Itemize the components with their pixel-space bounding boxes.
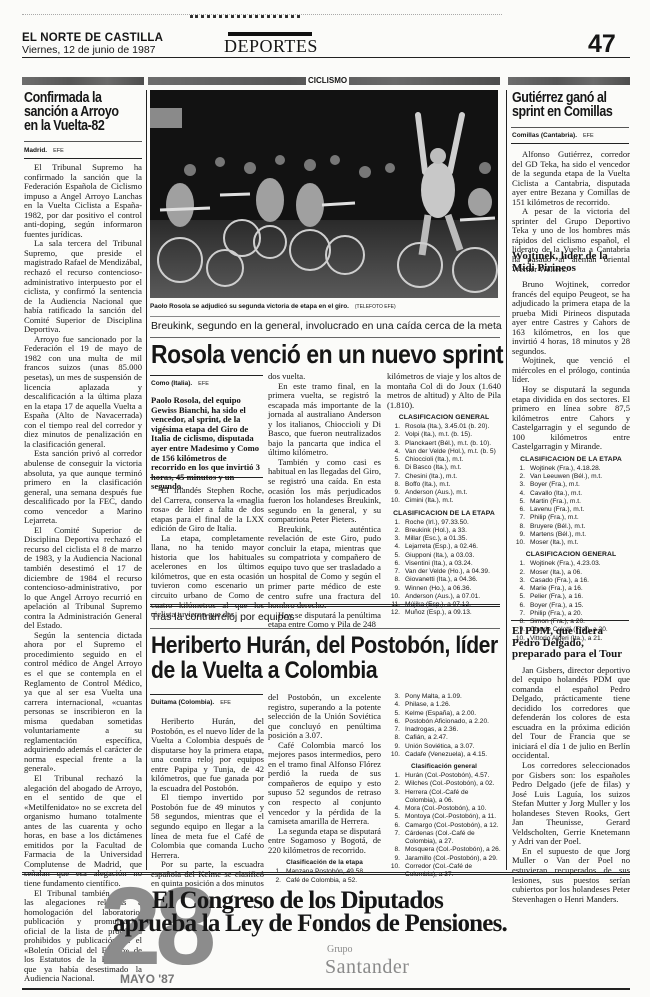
rank-entry: Giupponi (Ita.), a 03.03. [405, 552, 474, 560]
photo-credit: (TELEFOTO EFE) [355, 304, 396, 310]
rank-entry: Corredor (Col.-Café de Colombia), a 37. [405, 863, 501, 880]
ranking-row: 2.Volpi (Ita.), m.t. (b. 15). [387, 431, 501, 439]
rank-number: 1. [387, 519, 400, 527]
dateline-place: Como (Italia). [151, 380, 192, 387]
paragraph: Alfonso Gutiérrez, corredor del GD Teka,… [512, 150, 630, 207]
rank-number: 8. [387, 576, 400, 584]
ranking-row: 8.Cafián, a 2.47. [387, 734, 501, 742]
rank-number: 4. [387, 448, 400, 456]
ranking-row: 8.Giovanetti (Ita.), a 04.36. [387, 576, 501, 584]
rank-number: 5. [512, 498, 525, 506]
arroyo-body: El Tribunal Supremo ha confirmado la san… [24, 163, 142, 984]
rank-number: 2. [387, 527, 400, 535]
ranking-row: 6.Visentini (Ita.), a 03.24. [387, 560, 501, 568]
paragraph: El irlandés Stephen Roche, del Carrera, … [151, 486, 264, 534]
rank-entry: Montoya (Col.-Postobón), a 11. [405, 813, 496, 821]
ranking-row: 1.Roche (Irl.), 97.33.50. [387, 519, 501, 527]
rank-entry: Van der Velde (Ho.), a 04.39. [405, 568, 490, 576]
rank-number: 10. [387, 593, 400, 601]
rule [511, 143, 629, 144]
rule [511, 127, 629, 128]
arroyo-dateline: Madrid.EFE [24, 147, 64, 154]
wojtinek-headline: Wojtinek, líder de la Midi Pirineos [512, 251, 630, 274]
rank-entry: Van Leeuwen (Bél.), m.t. [530, 473, 602, 481]
ranking-row: 6.Di Basco (Ita.), m.t. [387, 464, 501, 472]
rank-number: 7. [512, 610, 525, 618]
article-arroyo: Confirmada la sanción a Arroyo en la Vue… [24, 91, 142, 133]
rank-number: 2. [387, 780, 400, 788]
left-grey-bar [22, 77, 144, 85]
paragraph: El Comité Superior de Disciplina Deporti… [24, 526, 142, 631]
paragraph: Arroyo fue sancionado por la Federación … [24, 335, 142, 450]
rank-number: 9. [512, 531, 525, 539]
rank-number: 1. [512, 465, 525, 473]
dateline-place: Duitama (Colombia). [151, 699, 214, 706]
section-tag-ciclismo: CICLISMO [306, 76, 349, 85]
agency: EFE [53, 148, 64, 154]
headline-line: de la Vuelta a Colombia [151, 658, 498, 683]
dateline-place: Madrid. [24, 147, 47, 154]
rank-number: 8. [387, 846, 400, 854]
agency: EFE [220, 700, 231, 706]
headline-line: sanción a Arroyo [24, 105, 144, 119]
article-pdm: El PDM, que lidera Pedro Delgado, prepar… [512, 626, 630, 904]
ranking-row: 8.Bruyere (Bél.), m.t. [512, 523, 630, 531]
rank-entry: Chioccioli (Ita.), m.t. [405, 456, 463, 464]
ranking-row: 6.Boyer (Fra.), a 15. [512, 602, 630, 610]
paragraph: Heriberto Hurán, del Postobón, es el nue… [151, 717, 264, 793]
rank-entry: Inadrogas, a 2.36. [405, 726, 458, 734]
rank-entry: Anderson (Aus.), a 07.01. [405, 593, 480, 601]
rank-number: 3. [387, 535, 400, 543]
issue-date: Viernes, 12 de junio de 1987 [22, 44, 156, 56]
rule [24, 158, 142, 159]
double-rule [150, 604, 500, 607]
rank-entry: Marie (Fra.), a 16. [530, 585, 583, 593]
paragraph: La segunda etapa se disputará entre Soga… [268, 827, 381, 856]
rank-entry: Wilches (Col.-Postobón), a 02. [405, 780, 494, 788]
rank-entry: Unión Soviética, a 3.07. [405, 743, 475, 751]
rank-entry: Giovanetti (Ita.), a 04.36. [405, 576, 478, 584]
ranking-list-stage: 1.Manzana Postobón, 49.58.2.Café de Colo… [268, 868, 381, 885]
rank-entry: Wojtinek (Fra.), 4.18.28. [530, 465, 601, 473]
ranking-row: 2.Wilches (Col.-Postobón), a 02. [387, 780, 501, 788]
rank-number: 8. [512, 523, 525, 531]
ad-group-label: Grupo [327, 944, 353, 955]
rank-entry: Pelier (Fra.), a 16. [530, 593, 583, 601]
ranking-list-general: 1.Rosola (Ita.), 3.45.01 (b. 20).2.Volpi… [387, 423, 501, 506]
rank-entry: Muñoz (Esp.), a 09.13. [405, 609, 472, 617]
rank-entry: Casado (Fra.), a 16. [530, 577, 589, 585]
rank-number: 10. [387, 497, 400, 505]
paragraph: Los corredores seleccionados por Gisbers… [512, 761, 630, 847]
column-rule-right [506, 90, 507, 870]
header-rule [22, 57, 630, 58]
rank-entry: Pony Malta, a 1.09. [405, 693, 462, 701]
ad-headline-line2: aprueba la Ley de Fondos de Pensiones. [113, 912, 507, 935]
rank-number: 2. [512, 569, 525, 577]
rank-number: 4. [387, 543, 400, 551]
ranking-row: 10.Corredor (Col.-Café de Colombia), a 3… [387, 863, 501, 880]
rank-entry: Bruyere (Bél.), m.t. [530, 523, 585, 531]
ranking-row: 8.Boffo (Ita.), m.t. [387, 481, 501, 489]
ranking-title-general: CLASIFICACION GENERAL [512, 551, 630, 558]
ranking-row: 1.Hurán (Col.-Postobón), 4.57. [387, 772, 501, 780]
ranking-list-general: 1.Hurán (Col.-Postobón), 4.57.2.Wilches … [387, 772, 501, 879]
huran-body-col1: Heriberto Hurán, del Postobón, es el nue… [151, 717, 264, 889]
rank-number: 6. [387, 464, 400, 472]
ranking-title-stage: Clasificación de la etapa [268, 859, 381, 866]
ranking-row: 4.Mora (Col.-Postobón), a 10. [387, 805, 501, 813]
rule [150, 628, 500, 629]
rank-entry: Planckaert (Bél.), m.t. (b. 10). [405, 440, 491, 448]
ranking-row: 7.Inadrogas, a 2.36. [387, 726, 501, 734]
rank-number: 10. [512, 539, 525, 547]
rank-number: 4. [512, 490, 525, 498]
ranking-row: 9.Unión Soviética, a 3.07. [387, 743, 501, 751]
rank-entry: Breukink (Hol.), a 33. [405, 527, 467, 535]
rank-number: 4. [387, 805, 400, 813]
rank-entry: Martens (Bél.), m.t. [530, 531, 586, 539]
ranking-list-stage: 1.Roche (Irl.), 97.33.50.2.Breukink (Hol… [387, 519, 501, 618]
rank-entry: Philase, a 1.26. [405, 701, 450, 709]
ranking-row: 5.Montoya (Col.-Postobón), a 11. [387, 813, 501, 821]
rank-entry: Café de Colombia, a 52. [286, 877, 357, 885]
ranking-row: 4.Van der Velde (Hol.), m.t. (b. 5) [387, 448, 501, 456]
rank-entry: Mora (Col.-Postobón), a 10. [405, 805, 486, 813]
ranking-row: 9.Winnen (Ho.), a 06.36. [387, 585, 501, 593]
rule [150, 694, 263, 695]
rank-number: 6. [387, 718, 400, 726]
rank-entry: Wojtinek (Fra.), 4.23.03. [530, 560, 601, 568]
rank-entry: Boyer (Fra.), a 15. [530, 602, 584, 610]
paragraph: Café Colombia marcó los mejores pasos in… [268, 741, 381, 827]
ranking-row: 10.Cadafe (Venezuela), a 4.15. [387, 751, 501, 759]
ranking-row: 9.Anderson (Aus.), m.t. [387, 489, 501, 497]
rank-number: 5. [387, 456, 400, 464]
rank-entry: Mosquera (Col.-Postobón), a 26. [405, 846, 501, 854]
paragraph: La sala tercera del Tribunal Supremo, qu… [24, 239, 142, 334]
ranking-row: 2.Moser (Ita.), a 06. [512, 569, 630, 577]
rank-entry: Visentini (Ita.), a 03.24. [405, 560, 473, 568]
headline-line: en la Vuelta-82 [24, 119, 144, 133]
ranking-row: 8.Mosquera (Col.-Postobón), a 26. [387, 846, 501, 854]
page-number: 47 [588, 30, 616, 59]
ranking-row: 1.Rosola (Ita.), 3.45.01 (b. 20). [387, 423, 501, 431]
rank-number: 1. [512, 560, 525, 568]
rank-number: 3. [387, 440, 400, 448]
rank-number: 6. [512, 602, 525, 610]
ranking-row: 2.Van Leeuwen (Bél.), m.t. [512, 473, 630, 481]
ranking-list-stage: 1.Wojtinek (Fra.), 4.18.28.2.Van Leeuwen… [512, 465, 630, 548]
rank-entry: Cadafe (Venezuela), a 4.15. [405, 751, 487, 759]
gutierrez-dateline: Comillas (Cantabria).EFE [512, 132, 594, 139]
paragraph: del Postobón, un excelente registro, sup… [268, 693, 381, 741]
rank-number: 6. [387, 560, 400, 568]
rank-entry: Philip (Fra.), a 20. [530, 610, 582, 618]
ranking-row: 10.Anderson (Aus.), a 07.01. [387, 593, 501, 601]
ranking-row: 2.Breukink (Hol.), a 33. [387, 527, 501, 535]
ad-month: MAYO '87 [120, 972, 174, 986]
rank-number: 7. [387, 568, 400, 576]
rank-number: 5. [387, 552, 400, 560]
rule [24, 141, 142, 142]
rank-entry: Jaramillo (Col.-Postobón), a 29. [405, 855, 498, 863]
agency: EFE [198, 381, 209, 387]
rank-number: 10. [387, 751, 400, 759]
ranking-row: 10.Cimini (Ita.), m.t. [387, 497, 501, 505]
section-title: DEPORTES [224, 36, 316, 57]
rank-entry: Herrera (Col.-Café de Colombia), a 06. [405, 789, 501, 806]
headline-line: Confirmada la [24, 91, 144, 105]
paragraph: En el supuesto de que Jorg Muller o Van … [512, 847, 630, 904]
rank-entry: Millar (Esc.), a 01.35. [405, 535, 467, 543]
rank-number: 12. [387, 609, 400, 617]
rank-entry: Van der Velde (Hol.), m.t. (b. 5) [405, 448, 496, 456]
ranking-row: 4.Marie (Fra.), a 16. [512, 585, 630, 593]
ranking-row: 5.Martin (Fra.), m.t. [512, 498, 630, 506]
ranking-row: 5.Giupponi (Ita.), a 03.03. [387, 552, 501, 560]
ranking-row: 4.Cavallo (Ita.), m.t. [512, 490, 630, 498]
ranking-row: 3.Pony Malta, a 1.09. [387, 693, 501, 701]
rank-number: 5. [512, 593, 525, 601]
rosola-body-col2: dos vuelta. En este tramo final, en la p… [268, 372, 381, 630]
ad-bottom-rule [22, 988, 630, 990]
rank-entry: Postobón Aficionado, a 2.20. [405, 718, 489, 726]
ranking-row: 5.Chioccioli (Ita.), m.t. [387, 456, 501, 464]
rank-number: 10. [387, 863, 400, 880]
rank-entry: Boffo (Ita.), m.t. [405, 481, 450, 489]
rank-entry: Volpi (Ita.), m.t. (b. 15). [405, 431, 472, 439]
rank-entry: Moser (Ita.), m.t. [530, 539, 578, 547]
rank-number: 7. [512, 514, 525, 522]
ranking-row: 1.Wojtinek (Fra.), 4.18.28. [512, 465, 630, 473]
rank-number: 8. [387, 734, 400, 742]
rank-number: 9. [387, 585, 400, 593]
rosola-body-col1: El irlandés Stephen Roche, del Carrera, … [151, 486, 264, 620]
newspaper-name: EL NORTE DE CASTILLA [22, 32, 163, 44]
gutierrez-headline: Gutiérrez ganó al sprint en Comillas [512, 91, 632, 119]
ranking-row: 6.Camargo (Col.-Postobón), a 12. [387, 822, 501, 830]
paragraph: Esta sanción privó al corredor abulense … [24, 449, 142, 525]
rank-entry: Anderson (Aus.), m.t. [405, 489, 467, 497]
ranking-row: 3.Planckaert (Bél.), m.t. (b. 10). [387, 440, 501, 448]
huran-col3: 3.Pony Malta, a 1.09.4.Philase, a 1.26.5… [387, 693, 501, 879]
rank-number: 9. [387, 489, 400, 497]
rank-number: 3. [512, 577, 525, 585]
ranking-title-general: Clasificación general [387, 763, 501, 770]
rank-entry: Cimini (Ita.), m.t. [405, 497, 453, 505]
ranking-row: 7.Chesini (Ita.), m.t. [387, 473, 501, 481]
rank-number: 6. [512, 506, 525, 514]
ranking-row: 6.Lavenu (Fra.), m.t. [512, 506, 630, 514]
ranking-title-stage: CLASIFICACION DE LA ETAPA [512, 456, 630, 463]
ranking-row: 2.Café de Colombia, a 52. [268, 877, 381, 885]
ranking-row: 3.Herrera (Col.-Café de Colombia), a 06. [387, 789, 501, 806]
rank-number: 3. [387, 789, 400, 806]
ad-headline-line1: El Congreso de los Diputados [152, 889, 443, 912]
ranking-row: 5.Kelme (España), a 2.00. [387, 710, 501, 718]
rosola-headline: Rosola venció en un nuevo sprint [151, 340, 503, 368]
rank-entry: Martin (Fra.), m.t. [530, 498, 581, 506]
caption-text: Paolo Rosola se adjudicó su segunda vict… [150, 303, 349, 310]
rank-number: 4. [512, 585, 525, 593]
rank-number: 3. [512, 481, 525, 489]
rank-number: 7. [387, 830, 400, 847]
photo-caption: Paolo Rosola se adjudicó su segunda vict… [150, 303, 500, 310]
cyclists-photo-icon [150, 90, 498, 298]
agency: EFE [583, 133, 594, 139]
ranking-row: 4.Philase, a 1.26. [387, 701, 501, 709]
ranking-row: 12.Muñoz (Esp.), a 09.13. [387, 609, 501, 617]
ranking-row: 6.Postobón Aficionado, a 2.20. [387, 718, 501, 726]
paragraph: Bruno Wojtinek, corredor francés del equ… [512, 280, 630, 356]
ranking-row: 3.Millar (Esc.), a 01.35. [387, 535, 501, 543]
ranking-row: 7.Cárdenas (Col.-Café de Colombia), a 27… [387, 830, 501, 847]
ad-brand-logo: Santander [325, 956, 409, 979]
rank-entry: Lejarreta (Esp.), a 02.46. [405, 543, 478, 551]
ranking-row: 9.Martens (Bél.), m.t. [512, 531, 630, 539]
rank-entry: Di Basco (Ita.), m.t. [405, 464, 461, 472]
paragraph: Wojtinek, que venció el miércoles en el … [512, 356, 630, 385]
paragraph: Según la sentencia dictada ahora por el … [24, 631, 142, 774]
rank-entry: Roche (Irl.), 97.33.50. [405, 519, 469, 527]
headline-line: Gutiérrez ganó al [512, 91, 632, 105]
rule [511, 620, 629, 621]
rank-number: 2. [512, 473, 525, 481]
ranking-row: 10.Moser (Ita.), m.t. [512, 539, 630, 547]
ranking-row: 5.Pelier (Fra.), a 16. [512, 593, 630, 601]
rank-number: 2. [387, 431, 400, 439]
column-rule-left [146, 90, 147, 870]
rank-entry: Philip (Fra.), m.t. [530, 514, 579, 522]
rank-entry: Lavenu (Fra.), m.t. [530, 506, 584, 514]
paragraph: También y como casi es habitual en las l… [268, 458, 381, 525]
rank-number: 6. [387, 822, 400, 830]
rosola-col3: kilómetros de viaje y los altos de monta… [387, 372, 501, 618]
ranking-row: 9.Jaramillo (Col.-Postobón), a 29. [387, 855, 501, 863]
headline-line: Heriberto Hurán, del Postobón, líder [151, 633, 498, 658]
ranking-row: 1.Wojtinek (Fra.), 4.23.03. [512, 560, 630, 568]
rank-entry: Winnen (Ho.), a 06.36. [405, 585, 471, 593]
rank-number: 1. [387, 423, 400, 431]
article-wojtinek: Wojtinek, líder de la Midi Pirineos Brun… [512, 251, 630, 643]
rank-number: 7. [387, 726, 400, 734]
rank-number: 9. [387, 855, 400, 863]
huran-kicker: Tras la contrarreloj por equipos [151, 612, 294, 623]
rank-number: 5. [387, 710, 400, 718]
ranking-row: 7.Philip (Fra.), m.t. [512, 514, 630, 522]
rosola-kicker: Breukink, segundo en la general, involuc… [151, 321, 501, 332]
ranking-row: 3.Boyer (Fra.), m.t. [512, 481, 630, 489]
rank-entry: Chesini (Ita.), m.t. [405, 473, 457, 481]
rank-entry: Hurán (Col.-Postobón), 4.57. [405, 772, 489, 780]
rank-number: 7. [387, 473, 400, 481]
huran-body-col2: del Postobón, un excelente registro, sup… [268, 693, 381, 885]
pdm-headline: El PDM, que lidera Pedro Delgado, prepar… [512, 626, 630, 661]
rank-number: 4. [387, 701, 400, 709]
huran-dateline: Duitama (Colombia).EFE [151, 699, 231, 706]
ranking-row: 3.Casado (Fra.), a 16. [512, 577, 630, 585]
rank-entry: Boyer (Fra.), m.t. [530, 481, 580, 489]
right-grey-bar [508, 77, 630, 85]
rank-entry: Cárdenas (Col.-Café de Colombia), a 27. [405, 830, 501, 847]
paragraph: El Tribunal Supremo ha confirmado la san… [24, 163, 142, 239]
rank-entry: Rosola (Ita.), 3.45.01 (b. 20). [405, 423, 489, 431]
rank-number: 2. [268, 877, 281, 885]
rank-entry: Cavallo (Ita.), m.t. [530, 490, 582, 498]
huran-headline: Heriberto Hurán, del Postobón, líder de … [151, 633, 498, 683]
rank-entry: Cafián, a 2.47. [405, 734, 448, 742]
top-dot-ornament [190, 15, 300, 18]
arroyo-headline: Confirmada la sanción a Arroyo en la Vue… [24, 91, 144, 133]
rank-number: 1. [387, 772, 400, 780]
rank-entry: Camargo (Col.-Postobón), a 12. [405, 822, 498, 830]
rank-number: 8. [387, 481, 400, 489]
paragraph: kilómetros de viaje y los altos de monta… [387, 372, 501, 410]
ranking-row: 7.Philip (Fra.), a 20. [512, 610, 630, 618]
rank-number: 3. [387, 693, 400, 701]
paragraph: Breukink, auténtica revelación de este G… [268, 525, 381, 611]
headline-line: sprint en Comillas [512, 105, 632, 119]
paragraph: Hoy se disputará la segunda etapa dividi… [512, 385, 630, 452]
rank-entry: Kelme (España), a 2.00. [405, 710, 476, 718]
race-photo [150, 90, 498, 298]
rosola-dateline: Como (Italia).EFE [151, 380, 209, 387]
rank-entry: Moser (Ita.), a 06. [530, 569, 582, 577]
rule [150, 316, 500, 317]
ranking-row: 7.Van der Velde (Ho.), a 04.39. [387, 568, 501, 576]
rule [150, 337, 500, 338]
rule [150, 477, 263, 478]
ranking-row: 4.Lejarreta (Esp.), a 02.46. [387, 543, 501, 551]
ranking-title-stage: CLASIFICACION DE LA ETAPA [387, 510, 501, 517]
ranking-list-stage-continued: 3.Pony Malta, a 1.09.4.Philase, a 1.26.5… [387, 693, 501, 759]
rank-number: 5. [387, 813, 400, 821]
paragraph: El tiempo invertido por Postobón fue de … [151, 793, 264, 860]
paragraph: Jan Gisbers, director deportivo del equi… [512, 666, 630, 761]
rank-number: 9. [387, 743, 400, 751]
ranking-title-general: CLASIFICACION GENERAL [387, 414, 501, 421]
paragraph: En este tramo final, en la primera vuelt… [268, 382, 381, 458]
dateline-place: Comillas (Cantabria). [512, 132, 577, 139]
rule [150, 375, 263, 376]
